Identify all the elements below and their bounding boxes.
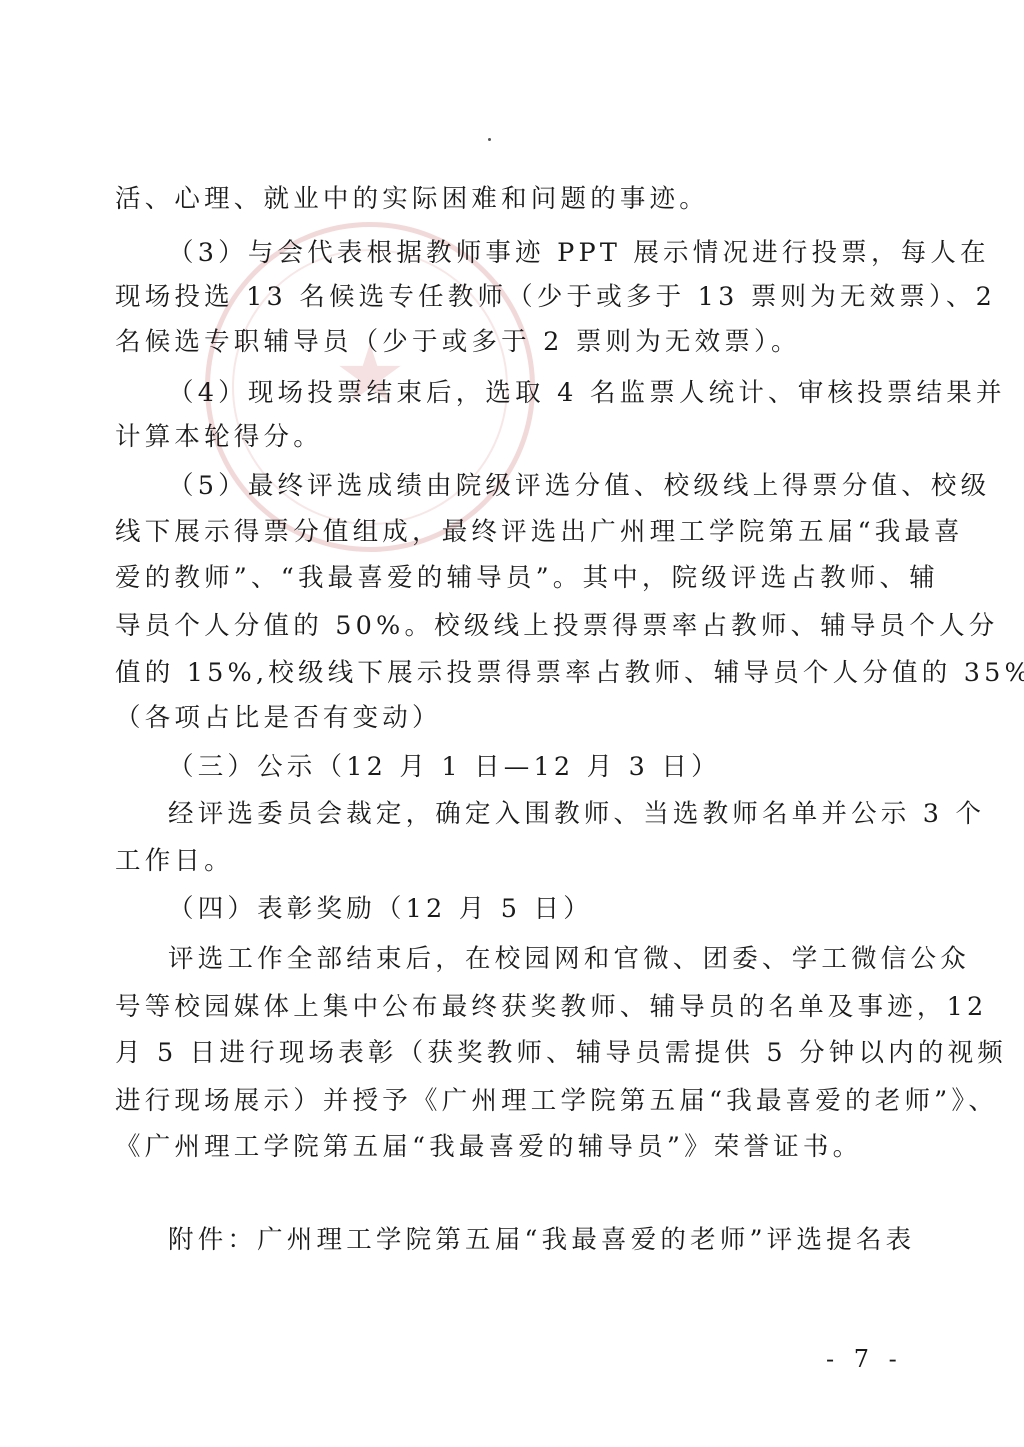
paragraph-line: （各项占比是否有变动） bbox=[115, 701, 442, 735]
paragraph-line: （4）现场投票结束后，选取 4 名监票人统计、审核投票结果并 bbox=[168, 376, 1006, 410]
paragraph-line: 爱的教师”、“我最喜爱的辅导员”。其中，院级评选占教师、辅 bbox=[115, 561, 939, 595]
paragraph-line: 活、心理、就业中的实际困难和问题的事迹。 bbox=[115, 182, 709, 216]
paragraph-line: 经评选委员会裁定，确定入围教师、当选教师名单并公示 3 个 bbox=[168, 797, 985, 831]
section-heading: （四）表彰奖励（12 月 5 日） bbox=[168, 892, 593, 926]
scan-speck bbox=[488, 138, 491, 141]
paragraph-line: （5）最终评选成绩由院级评选分值、校级线上得票分值、校级 bbox=[168, 469, 990, 503]
document-page: ★ 活、心理、就业中的实际困难和问题的事迹。 （3）与会代表根据教师事迹 PPT… bbox=[0, 0, 1024, 1447]
paragraph-line: 号等校园媒体上集中公布最终获奖教师、辅导员的名单及事迹，12 bbox=[115, 990, 987, 1024]
paragraph-line: 工作日。 bbox=[115, 844, 234, 878]
paragraph-line: 名候选专职辅导员（少于或多于 2 票则为无效票）。 bbox=[115, 325, 801, 359]
paragraph-line: 进行现场展示）并授予《广州理工学院第五届“我最喜爱的老师”》、 bbox=[115, 1084, 998, 1118]
paragraph-line: 《广州理工学院第五届“我最喜爱的辅导员”》荣誉证书。 bbox=[115, 1130, 862, 1164]
paragraph-line: 现场投选 13 名候选专任教师（少于或多于 13 票则为无效票）、2 bbox=[115, 280, 996, 314]
paragraph-line: 评选工作全部结束后，在校园网和官微、团委、学工微信公众 bbox=[168, 942, 970, 976]
paragraph-line: 月 5 日进行现场表彰（获奖教师、辅导员需提供 5 分钟以内的视频 bbox=[115, 1036, 1007, 1070]
paragraph-line: 线下展示得票分值组成，最终评选出广州理工学院第五届“我最喜 bbox=[115, 515, 964, 549]
attachment-note: 附件：广州理工学院第五届“我最喜爱的老师”评选提名表 bbox=[168, 1223, 915, 1257]
paragraph-line: 导员个人分值的 50%。校级线上投票得票率占教师、辅导员个人分 bbox=[115, 609, 999, 643]
section-heading: （三）公示（12 月 1 日—12 月 3 日） bbox=[168, 750, 721, 784]
page-number: - 7 - bbox=[826, 1345, 903, 1373]
paragraph-line: 计算本轮得分。 bbox=[115, 420, 323, 454]
paragraph-line: 值的 15%,校级线下展示投票得票率占教师、辅导员个人分值的 35%。 bbox=[115, 656, 1024, 690]
paragraph-line: （3）与会代表根据教师事迹 PPT 展示情况进行投票，每人在 bbox=[168, 236, 990, 270]
